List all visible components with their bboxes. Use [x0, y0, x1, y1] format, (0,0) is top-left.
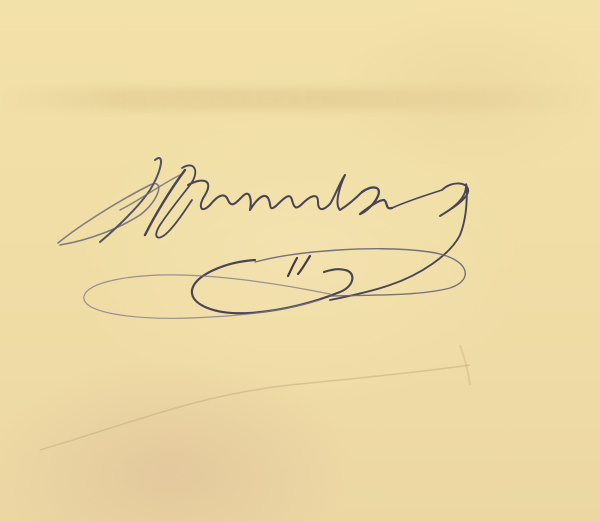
signature: [0, 0, 600, 522]
aged-paper: J Brandao ": [0, 0, 600, 522]
